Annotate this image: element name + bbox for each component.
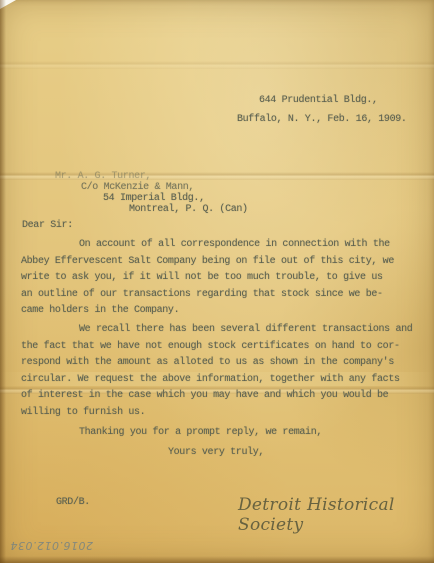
- body-paragraph-2: We recall there has been several differe…: [21, 322, 425, 421]
- accession-number-pencil: 2016.012.034: [10, 539, 93, 552]
- page-edge: [0, 0, 6, 563]
- signoff: Yours very truly,: [168, 447, 264, 458]
- typist-initials: GRD/B.: [56, 497, 90, 508]
- recipient-building: 54 Imperial Bldg.,: [103, 193, 205, 204]
- archive-watermark: Detroit Historical Society: [238, 495, 434, 535]
- recipient-care-of: C/o McKenzie & Mann,: [81, 182, 194, 193]
- recipient-name: Mr. A. G. Turner,: [55, 171, 151, 182]
- sender-address: 644 Prudential Bldg.,: [259, 95, 378, 106]
- salutation: Dear Sir:: [22, 220, 73, 231]
- fold-crease: [0, 61, 434, 69]
- closing-line: Thanking you for a prompt reply, we rema…: [79, 427, 322, 438]
- body-paragraph-1: On account of all correspondence in conn…: [21, 237, 425, 320]
- recipient-city: Montreal, P. Q. (Can): [129, 204, 248, 215]
- date-line: Buffalo, N. Y., Feb. 16, 1909.: [237, 114, 407, 125]
- page-edge: [0, 556, 434, 563]
- scanned-letter-page: 644 Prudential Bldg., Buffalo, N. Y., Fe…: [0, 0, 434, 563]
